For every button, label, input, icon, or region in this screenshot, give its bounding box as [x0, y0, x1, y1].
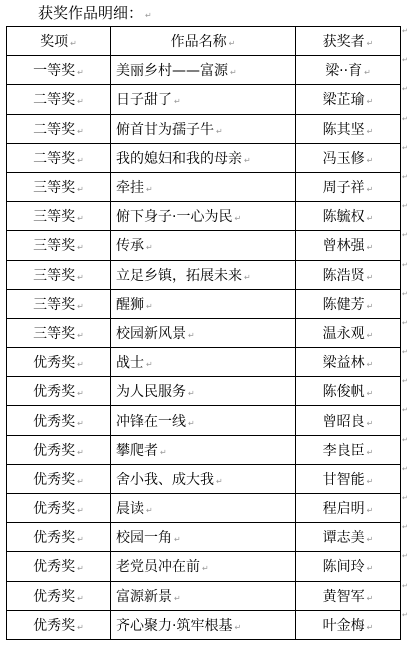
award-cell-text: 三等奖 [33, 180, 75, 196]
cell-end-mark: ↵ [77, 243, 84, 252]
cell-end-mark: ↵ [244, 156, 251, 165]
table-row: 二等奖↵我的媳妇和我的母亲↵冯玉修↵ [7, 143, 401, 172]
winner-cell: 甘智能↵ [296, 464, 401, 493]
cell-end-mark: ↵ [77, 331, 84, 340]
work-cell: 舍小我、成大我↵ [111, 464, 296, 493]
cell-end-mark: ↵ [367, 302, 374, 311]
work-cell-text: 老党员冲在前 [116, 559, 200, 575]
cell-end-mark: ↵ [146, 506, 153, 515]
table-row: 三等奖↵俯下身子·一心为民↵陈毓权↵ [7, 202, 401, 231]
winner-cell: 梁芷瑜↵ [296, 85, 401, 114]
work-cell-text: 舍小我、成大我 [116, 472, 214, 488]
row-end-mark: ↵ [402, 466, 407, 473]
row-end-mark: ↵ [402, 583, 407, 590]
cell-end-mark: ↵ [244, 273, 251, 282]
work-cell: 醒狮↵ [111, 289, 296, 318]
work-cell: 老党员冲在前↵ [111, 552, 296, 581]
cell-end-mark: ↵ [202, 564, 209, 573]
row-end-mark: ↵ [402, 349, 407, 356]
award-cell: 优秀奖↵ [7, 581, 111, 610]
work-cell: 校园一角↵ [111, 523, 296, 552]
work-cell: 日子甜了↵ [111, 85, 296, 114]
row-end-mark: ↵ [402, 495, 407, 502]
table-row: 优秀奖↵富源新景↵黄智军↵ [7, 581, 401, 610]
work-cell: 俯首甘为孺子牛↵ [111, 114, 296, 143]
table-row: 优秀奖↵攀爬者↵李良臣↵ [7, 435, 401, 464]
work-cell: 我的媳妇和我的母亲↵ [111, 143, 296, 172]
table-row: 优秀奖↵齐心聚力·筑牢根基↵叶金梅↵ [7, 610, 401, 639]
award-cell: 优秀奖↵ [7, 523, 111, 552]
award-cell: 三等奖↵ [7, 260, 111, 289]
cell-end-mark: ↵ [174, 97, 181, 106]
header-award-text: 奖项 [40, 34, 68, 50]
award-cell-text: 优秀奖 [33, 443, 75, 459]
cell-end-mark: ↵ [367, 506, 374, 515]
cell-end-mark: ↵ [174, 535, 181, 544]
row-end-mark: ↵ [402, 524, 407, 531]
cell-end-mark: ↵ [367, 156, 374, 165]
award-cell-text: 优秀奖 [33, 618, 75, 634]
work-cell: 冲锋在一线↵ [111, 406, 296, 435]
cell-end-mark: ↵ [367, 273, 374, 282]
cell-end-mark: ↵ [364, 68, 371, 77]
cell-end-mark: ↵ [367, 39, 374, 48]
work-cell: 晨读↵ [111, 494, 296, 523]
winner-cell-text: 梁芷瑜 [323, 92, 365, 108]
winner-cell-text: 曾昭良 [323, 414, 365, 430]
work-cell-text: 俯下身子·一心为民 [116, 209, 232, 225]
winner-cell-text: 梁益林 [323, 355, 365, 371]
table-row: 二等奖↵日子甜了↵梁芷瑜↵ [7, 85, 401, 114]
cell-end-mark: ↵ [367, 331, 374, 340]
cell-end-mark: ↵ [77, 448, 84, 457]
work-cell-text: 为人民服务 [116, 384, 186, 400]
cell-end-mark: ↵ [77, 156, 84, 165]
table-row: 优秀奖↵老党员冲在前↵陈间玲↵ [7, 552, 401, 581]
winner-cell-text: 陈俊帆 [323, 384, 365, 400]
award-cell-text: 二等奖 [33, 92, 75, 108]
row-end-mark: ↵ [402, 262, 407, 269]
cell-end-mark: ↵ [367, 360, 374, 369]
work-cell: 富源新景↵ [111, 581, 296, 610]
cell-end-mark: ↵ [367, 535, 374, 544]
cell-end-mark: ↵ [174, 594, 181, 603]
work-cell: 传承↵ [111, 231, 296, 260]
row-end-mark: ↵ [402, 320, 407, 327]
award-cell-text: 二等奖 [33, 151, 75, 167]
document-title-text: 获奖作品明细： [38, 4, 143, 22]
award-cell: 三等奖↵ [7, 289, 111, 318]
cell-end-mark: ↵ [367, 594, 374, 603]
winner-cell-text: 程启明 [323, 501, 365, 517]
cell-end-mark: ↵ [188, 419, 195, 428]
cell-end-mark: ↵ [367, 389, 374, 398]
work-cell: 俯下身子·一心为民↵ [111, 202, 296, 231]
cell-end-mark: ↵ [77, 185, 84, 194]
row-end-mark: ↵ [402, 86, 407, 93]
award-cell: 二等奖↵ [7, 114, 111, 143]
winner-cell: 曾林强↵ [296, 231, 401, 260]
cell-end-mark: ↵ [367, 185, 374, 194]
cell-end-mark: ↵ [146, 185, 153, 194]
cell-end-mark: ↵ [77, 477, 84, 486]
award-cell: 优秀奖↵ [7, 435, 111, 464]
work-cell-text: 立足乡镇，拓展未来 [116, 268, 242, 284]
cell-end-mark: ↵ [367, 97, 374, 106]
cell-end-mark: ↵ [367, 623, 374, 632]
cell-end-mark: ↵ [367, 477, 374, 486]
work-cell: 齐心聚力·筑牢根基↵ [111, 610, 296, 639]
winner-cell: 陈毓权↵ [296, 202, 401, 231]
award-cell-text: 优秀奖 [33, 472, 75, 488]
table-row: 一等奖↵美丽乡村——富源↵梁··育↵ [7, 56, 401, 85]
row-end-mark: ↵ [402, 612, 407, 619]
award-cell: 三等奖↵ [7, 202, 111, 231]
work-cell-text: 俯首甘为孺子牛 [116, 122, 214, 138]
table-row: 三等奖↵校园新风景↵温永观↵ [7, 318, 401, 347]
winner-cell: 谭志美↵ [296, 523, 401, 552]
table-row: 优秀奖↵冲锋在一线↵曾昭良↵ [7, 406, 401, 435]
work-cell-text: 美丽乡村——富源 [116, 63, 228, 79]
cell-end-mark: ↵ [77, 302, 84, 311]
row-end-mark: ↵ [402, 437, 407, 444]
header-work: 作品名称↵ [111, 27, 296, 56]
header-award: 奖项↵ [7, 27, 111, 56]
row-end-mark: ↵ [402, 174, 407, 181]
award-cell: 三等奖↵ [7, 172, 111, 201]
award-cell: 二等奖↵ [7, 85, 111, 114]
work-cell-text: 冲锋在一线 [116, 414, 186, 430]
winner-cell-text: 黄智军 [323, 589, 365, 605]
row-end-mark: ↵ [402, 203, 407, 210]
cell-end-mark: ↵ [77, 68, 84, 77]
award-cell-text: 优秀奖 [33, 414, 75, 430]
work-cell-text: 攀爬者 [116, 443, 158, 459]
work-cell: 攀爬者↵ [111, 435, 296, 464]
winner-cell-text: 陈健芳 [323, 297, 365, 313]
award-cell-text: 三等奖 [33, 326, 75, 342]
cell-end-mark: ↵ [77, 535, 84, 544]
award-cell-text: 三等奖 [33, 209, 75, 225]
award-cell-text: 优秀奖 [33, 589, 75, 605]
award-cell-text: 优秀奖 [33, 559, 75, 575]
award-cell: 优秀奖↵ [7, 406, 111, 435]
award-cell: 三等奖↵ [7, 318, 111, 347]
work-cell-text: 富源新景 [116, 589, 172, 605]
work-cell: 牵挂↵ [111, 172, 296, 201]
cell-end-mark: ↵ [160, 448, 167, 457]
work-cell-text: 醒狮 [116, 297, 144, 313]
winner-cell: 曾昭良↵ [296, 406, 401, 435]
award-cell: 优秀奖↵ [7, 610, 111, 639]
header-work-text: 作品名称 [171, 34, 227, 50]
award-cell-text: 一等奖 [33, 63, 75, 79]
winner-cell-text: 甘智能 [323, 472, 365, 488]
cell-end-mark: ↵ [230, 68, 237, 77]
table-row: 二等奖↵俯首甘为孺子牛↵陈其坚↵ [7, 114, 401, 143]
award-cell-text: 优秀奖 [33, 384, 75, 400]
award-cell: 优秀奖↵ [7, 464, 111, 493]
award-cell-text: 优秀奖 [33, 501, 75, 517]
winner-cell-text: 叶金梅 [323, 618, 365, 634]
winner-cell: 周子祥↵ [296, 172, 401, 201]
winner-cell-text: 梁··育 [325, 63, 362, 79]
cell-end-mark: ↵ [146, 243, 153, 252]
work-cell: 立足乡镇，拓展未来↵ [111, 260, 296, 289]
cell-end-mark: ↵ [77, 127, 84, 136]
work-cell-text: 校园一角 [116, 530, 172, 546]
winner-cell: 陈健芳↵ [296, 289, 401, 318]
cell-end-mark: ↵ [77, 564, 84, 573]
cell-end-mark: ↵ [77, 506, 84, 515]
cell-end-mark: ↵ [229, 39, 236, 48]
header-winner: 获奖者↵ [296, 27, 401, 56]
row-end-mark: ↵ [402, 232, 407, 239]
table-row: 三等奖↵醒狮↵陈健芳↵ [7, 289, 401, 318]
winner-cell-text: 温永观 [323, 326, 365, 342]
cell-end-mark: ↵ [77, 273, 84, 282]
cell-end-mark: ↵ [77, 214, 84, 223]
winner-cell: 叶金梅↵ [296, 610, 401, 639]
winner-cell: 陈浩贤↵ [296, 260, 401, 289]
paragraph-end-mark: ↵ [145, 11, 152, 20]
header-winner-text: 获奖者 [323, 34, 365, 50]
cell-end-mark: ↵ [188, 331, 195, 340]
winner-cell-text: 陈其坚 [323, 122, 365, 138]
award-cell: 优秀奖↵ [7, 377, 111, 406]
table-row: 三等奖↵牵挂↵周子祥↵ [7, 172, 401, 201]
winner-cell-text: 周子祥 [323, 180, 365, 196]
award-cell-text: 三等奖 [33, 297, 75, 313]
cell-end-mark: ↵ [188, 389, 195, 398]
table-row: 优秀奖↵校园一角↵谭志美↵ [7, 523, 401, 552]
work-cell-text: 战士 [116, 355, 144, 371]
cell-end-mark: ↵ [367, 419, 374, 428]
winner-cell: 程启明↵ [296, 494, 401, 523]
table-row: 优秀奖↵为人民服务↵陈俊帆↵ [7, 377, 401, 406]
row-end-mark: ↵ [402, 28, 407, 35]
table-row: 优秀奖↵舍小我、成大我↵甘智能↵ [7, 464, 401, 493]
cell-end-mark: ↵ [77, 360, 84, 369]
cell-end-mark: ↵ [367, 243, 374, 252]
work-cell: 为人民服务↵ [111, 377, 296, 406]
awards-table: 奖项↵ 作品名称↵ 获奖者↵ 一等奖↵美丽乡村——富源↵梁··育↵二等奖↵日子甜… [6, 26, 401, 640]
award-cell-text: 优秀奖 [33, 530, 75, 546]
award-cell: 三等奖↵ [7, 231, 111, 260]
winner-cell: 陈俊帆↵ [296, 377, 401, 406]
work-cell-text: 牵挂 [116, 180, 144, 196]
header-row: 奖项↵ 作品名称↵ 获奖者↵ [7, 27, 401, 56]
document-page: 获奖作品明细：↵ 奖项↵ 作品名称↵ 获奖者↵ 一等奖↵美丽乡村——富源↵梁··… [0, 0, 407, 645]
award-cell: 优秀奖↵ [7, 494, 111, 523]
award-cell: 一等奖↵ [7, 56, 111, 85]
work-cell: 校园新风景↵ [111, 318, 296, 347]
winner-cell: 李良臣↵ [296, 435, 401, 464]
work-cell-text: 齐心聚力·筑牢根基 [116, 618, 232, 634]
work-cell-text: 我的媳妇和我的母亲 [116, 151, 242, 167]
document-title: 获奖作品明细：↵ [38, 2, 152, 27]
work-cell-text: 日子甜了 [116, 92, 172, 108]
cell-end-mark: ↵ [146, 360, 153, 369]
winner-cell-text: 陈间玲 [323, 559, 365, 575]
work-cell: 战士↵ [111, 348, 296, 377]
work-cell-text: 传承 [116, 238, 144, 254]
winner-cell: 黄智军↵ [296, 581, 401, 610]
cell-end-mark: ↵ [367, 448, 374, 457]
cell-end-mark: ↵ [367, 564, 374, 573]
award-cell-text: 三等奖 [33, 268, 75, 284]
winner-cell-text: 冯玉修 [323, 151, 365, 167]
row-end-mark: ↵ [402, 378, 407, 385]
cell-end-mark: ↵ [367, 214, 374, 223]
row-end-mark: ↵ [402, 553, 407, 560]
winner-cell-text: 曾林强 [323, 238, 365, 254]
cell-end-mark: ↵ [216, 127, 223, 136]
row-end-mark: ↵ [402, 291, 407, 298]
cell-end-mark: ↵ [70, 39, 77, 48]
winner-cell-text: 谭志美 [323, 530, 365, 546]
winner-cell: 陈间玲↵ [296, 552, 401, 581]
row-end-marks: ↵↵↵↵↵↵↵↵↵↵↵↵↵↵↵↵↵↵↵↵↵ [402, 26, 407, 639]
award-cell-text: 优秀奖 [33, 355, 75, 371]
winner-cell: 冯玉修↵ [296, 143, 401, 172]
cell-end-mark: ↵ [77, 97, 84, 106]
winner-cell: 温永观↵ [296, 318, 401, 347]
cell-end-mark: ↵ [77, 594, 84, 603]
award-cell-text: 三等奖 [33, 238, 75, 254]
table-row: 三等奖↵立足乡镇，拓展未来↵陈浩贤↵ [7, 260, 401, 289]
cell-end-mark: ↵ [216, 477, 223, 486]
winner-cell: 陈其坚↵ [296, 114, 401, 143]
row-end-mark: ↵ [402, 407, 407, 414]
award-cell: 优秀奖↵ [7, 552, 111, 581]
work-cell: 美丽乡村——富源↵ [111, 56, 296, 85]
row-end-mark: ↵ [402, 116, 407, 123]
winner-cell-text: 李良臣 [323, 443, 365, 459]
cell-end-mark: ↵ [234, 623, 241, 632]
cell-end-mark: ↵ [77, 419, 84, 428]
work-cell-text: 校园新风景 [116, 326, 186, 342]
cell-end-mark: ↵ [367, 127, 374, 136]
row-end-mark: ↵ [402, 57, 407, 64]
cell-end-mark: ↵ [77, 389, 84, 398]
table-row: 优秀奖↵战士↵梁益林↵ [7, 348, 401, 377]
winner-cell-text: 陈毓权 [323, 209, 365, 225]
winner-cell: 梁··育↵ [296, 56, 401, 85]
award-cell-text: 二等奖 [33, 122, 75, 138]
award-cell: 优秀奖↵ [7, 348, 111, 377]
cell-end-mark: ↵ [77, 623, 84, 632]
cell-end-mark: ↵ [146, 302, 153, 311]
work-cell-text: 晨读 [116, 501, 144, 517]
awards-table-body: 一等奖↵美丽乡村——富源↵梁··育↵二等奖↵日子甜了↵梁芷瑜↵二等奖↵俯首甘为孺… [7, 56, 401, 640]
winner-cell-text: 陈浩贤 [323, 268, 365, 284]
winner-cell: 梁益林↵ [296, 348, 401, 377]
row-end-mark: ↵ [402, 145, 407, 152]
award-cell: 二等奖↵ [7, 143, 111, 172]
table-row: 优秀奖↵晨读↵程启明↵ [7, 494, 401, 523]
cell-end-mark: ↵ [234, 214, 241, 223]
table-row: 三等奖↵传承↵曾林强↵ [7, 231, 401, 260]
